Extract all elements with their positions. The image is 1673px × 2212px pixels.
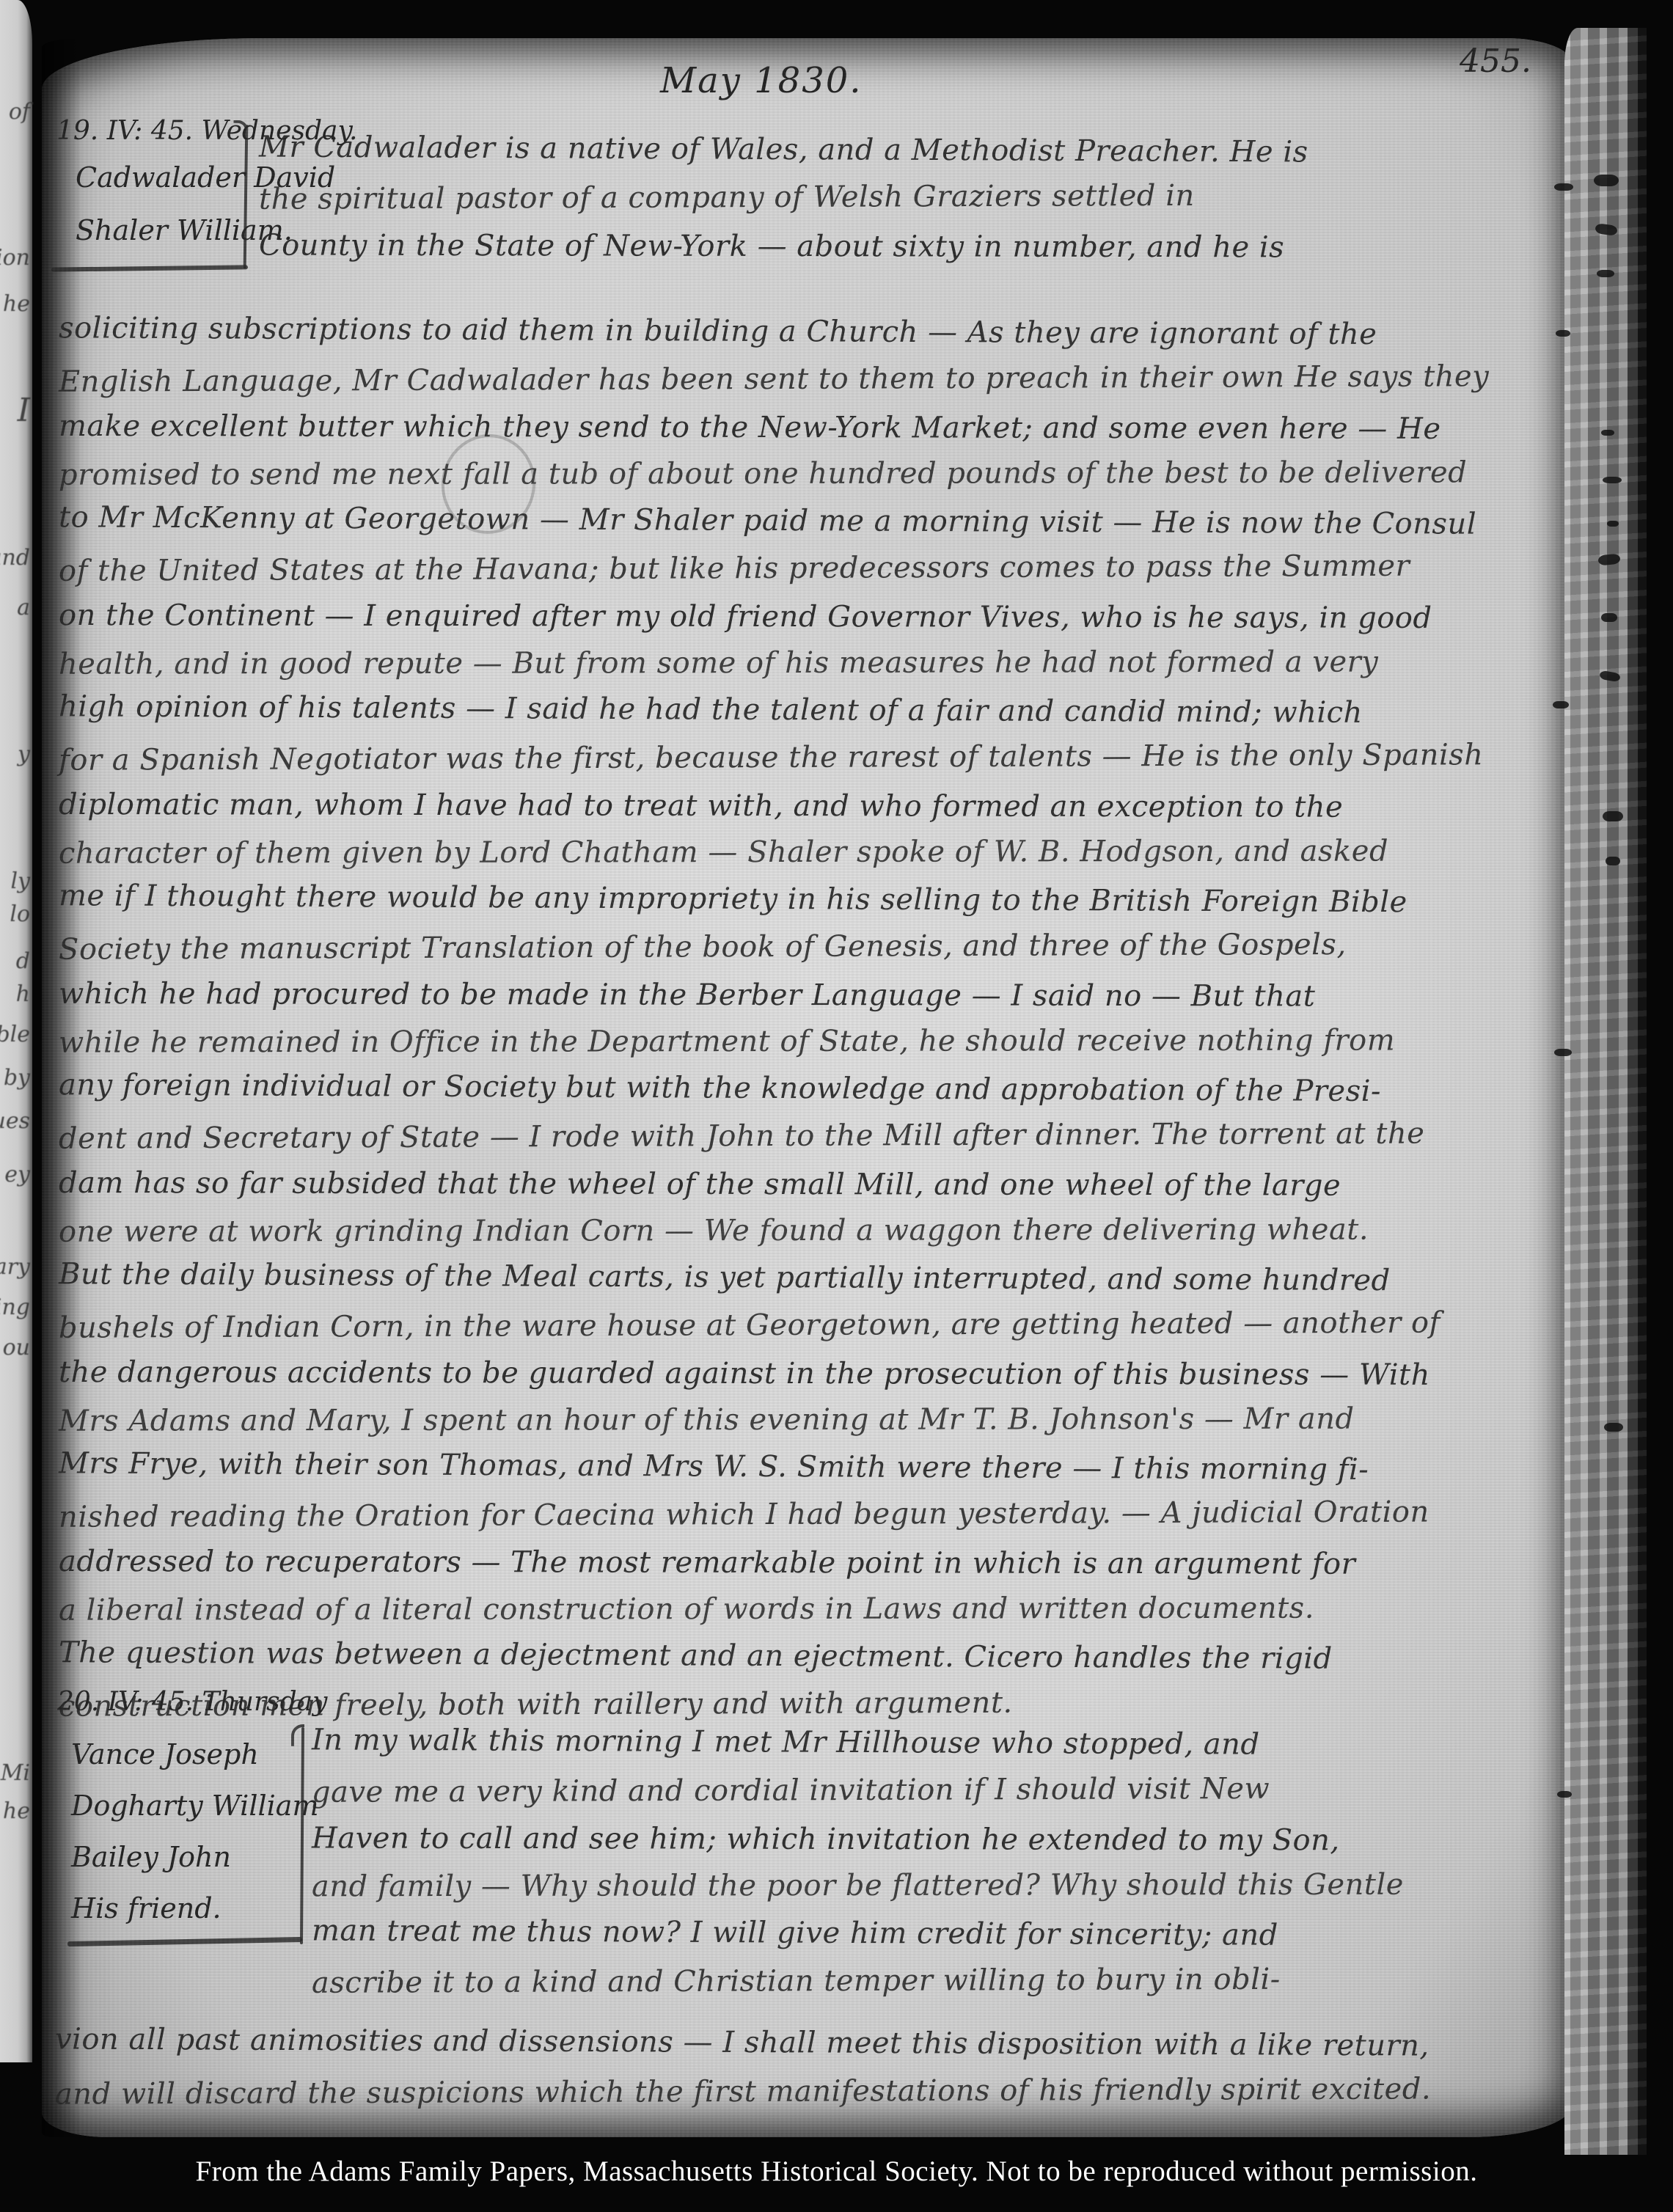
edge-text-fragment: Mi [1,1760,30,1786]
entry2-margin-name: Bailey John [71,1841,231,1873]
handwritten-line: Haven to call and see him; which invitat… [312,1814,1404,1864]
handwritten-line: English Language, Mr Cadwalader has been… [59,353,1490,406]
entry2-date-time: 20. IV: 45. Thursday [57,1687,327,1717]
handwritten-line: Mrs Frye, with their son Thomas, and Mrs… [59,1440,1490,1494]
edge-text-fragment: ly [10,868,30,894]
handwritten-line: me if I thought there would be any impro… [59,872,1490,926]
entry2-margin-name: Dogharty William [71,1790,318,1822]
diary-page-paper: May 1830. 455. 19. IV: 45. Wednesday. Ca… [42,38,1572,2137]
book-fore-edge [1564,28,1647,2155]
handwritten-line: while he remained in Office in the Depar… [59,1017,1489,1066]
handwritten-line: diplomatic man, whom I have had to treat… [59,781,1489,832]
handwritten-line: health, and in good repute — But from so… [59,638,1489,688]
scanned-diary-page: ofionheIandaylylodhblebyueseyaryingouMih… [0,0,1673,2212]
handwritten-line: to Mr McKenny at Georgetown — Mr Shaler … [59,494,1490,548]
edge-text-fragment: ble [0,1022,30,1047]
handwritten-line: and will discard the suspicions which th… [55,2065,1431,2119]
handwritten-line: nished reading the Oration for Caecina w… [59,1488,1490,1541]
handwritten-line: and family — Why should the poor be flat… [312,1861,1404,1911]
entry1-body: soliciting subscriptions to aid them in … [59,308,1489,1727]
handwritten-line: Society the manuscript Translation of th… [59,920,1490,973]
entry2-margin-name: Vance Joseph [71,1738,259,1770]
handwritten-line: County in the State of New-York — about … [259,222,1308,272]
handwritten-line: But the daily business of the Meal carts… [59,1250,1490,1305]
handwritten-line: vion all past animosities and dissension… [55,2015,1431,2070]
edge-text-fragment: ary [0,1254,30,1280]
edge-text-fragment: ing [0,1294,30,1320]
handwritten-line: promised to send me next fall a tub of a… [59,449,1489,499]
handwritten-line: the spiritual pastor of a company of Wel… [259,172,1308,223]
archive-caption: From the Adams Family Papers, Massachuse… [0,2155,1673,2188]
entry1-margin-bracket [244,125,249,268]
edge-text-fragment: ues [0,1108,30,1134]
edge-text-fragment: y [18,741,30,767]
handwritten-line: man treat me thus now? I will give him c… [312,1907,1404,1960]
entry2-margin-name: His friend. [71,1892,222,1924]
handwritten-line: character of them given by Lord Chatham … [59,827,1489,877]
edge-text-fragment: lo [10,901,30,927]
page-header-date: May 1830. [660,60,863,101]
edge-text-fragment: by [4,1065,30,1091]
edge-text-fragment: d [16,948,30,974]
handwritten-line: of the United States at the Havana; but … [59,542,1490,595]
edge-text-fragment: ion [0,245,30,271]
handwritten-line: The question was between a dejectment an… [59,1629,1490,1683]
handwritten-line: on the Continent — I enquired after my o… [59,592,1489,642]
handwritten-line: high opinion of his talents — I said he … [59,683,1490,737]
edge-text-fragment: ou [3,1335,30,1360]
entry2-body: vion all past animosities and dissension… [55,2018,1431,2117]
handwritten-line: addressed to recuperators — The most rem… [59,1538,1489,1589]
handwritten-line: which he had procured to be made in the … [59,970,1489,1021]
handwritten-line: the dangerous accidents to be guarded ag… [59,1349,1489,1399]
previous-page-edge: ofionheIandaylylodhblebyueseyaryingouMih… [0,0,32,2062]
handwritten-line: dent and Secretary of State — I rode wit… [59,1110,1490,1162]
edge-text-fragment: h [16,981,30,1007]
entry2-margin-underline [67,1937,302,1947]
handwritten-line: In my walk this morning I met Mr Hillhou… [312,1716,1404,1769]
entry2-margin-bracket [300,1727,304,1944]
edge-text-fragment: he [3,1798,30,1824]
handwritten-line: gave me a very kind and cordial invitati… [312,1765,1404,1817]
entry2-body-indented: In my walk this morning I met Mr Hillhou… [312,1719,1404,2005]
handwritten-line: one were at work grinding Indian Corn — … [59,1206,1489,1256]
edge-text-fragment: of [9,99,30,125]
handwritten-line: Mr Cadwalader is a native of Wales, and … [259,124,1308,177]
handwritten-line: Mrs Adams and Mary, I spent an hour of t… [59,1395,1489,1445]
edge-text-fragment: he [3,291,30,317]
handwritten-line: ascribe it to a kind and Christian tempe… [312,1955,1404,2007]
edge-text-fragment: I [18,392,30,429]
handwritten-line: dam has so far subsided that the wheel o… [59,1160,1489,1210]
edge-text-fragment: and [0,545,30,571]
handwritten-line: make excellent butter which they send to… [59,403,1489,453]
page-number: 455. [1460,43,1531,80]
edge-text-fragment: a [17,595,30,620]
handwritten-line: for a Spanish Negotiator was the first, … [59,731,1490,784]
handwritten-line: any foreign individual or Society but wi… [59,1061,1490,1116]
handwritten-line: a liberal instead of a literal construct… [59,1584,1489,1634]
entry1-body-indented: Mr Cadwalader is a native of Wales, and … [259,126,1308,269]
edge-text-fragment: ey [4,1162,30,1187]
handwritten-line: bushels of Indian Corn, in the ware hous… [59,1299,1490,1352]
handwritten-line: soliciting subscriptions to aid them in … [59,304,1490,359]
